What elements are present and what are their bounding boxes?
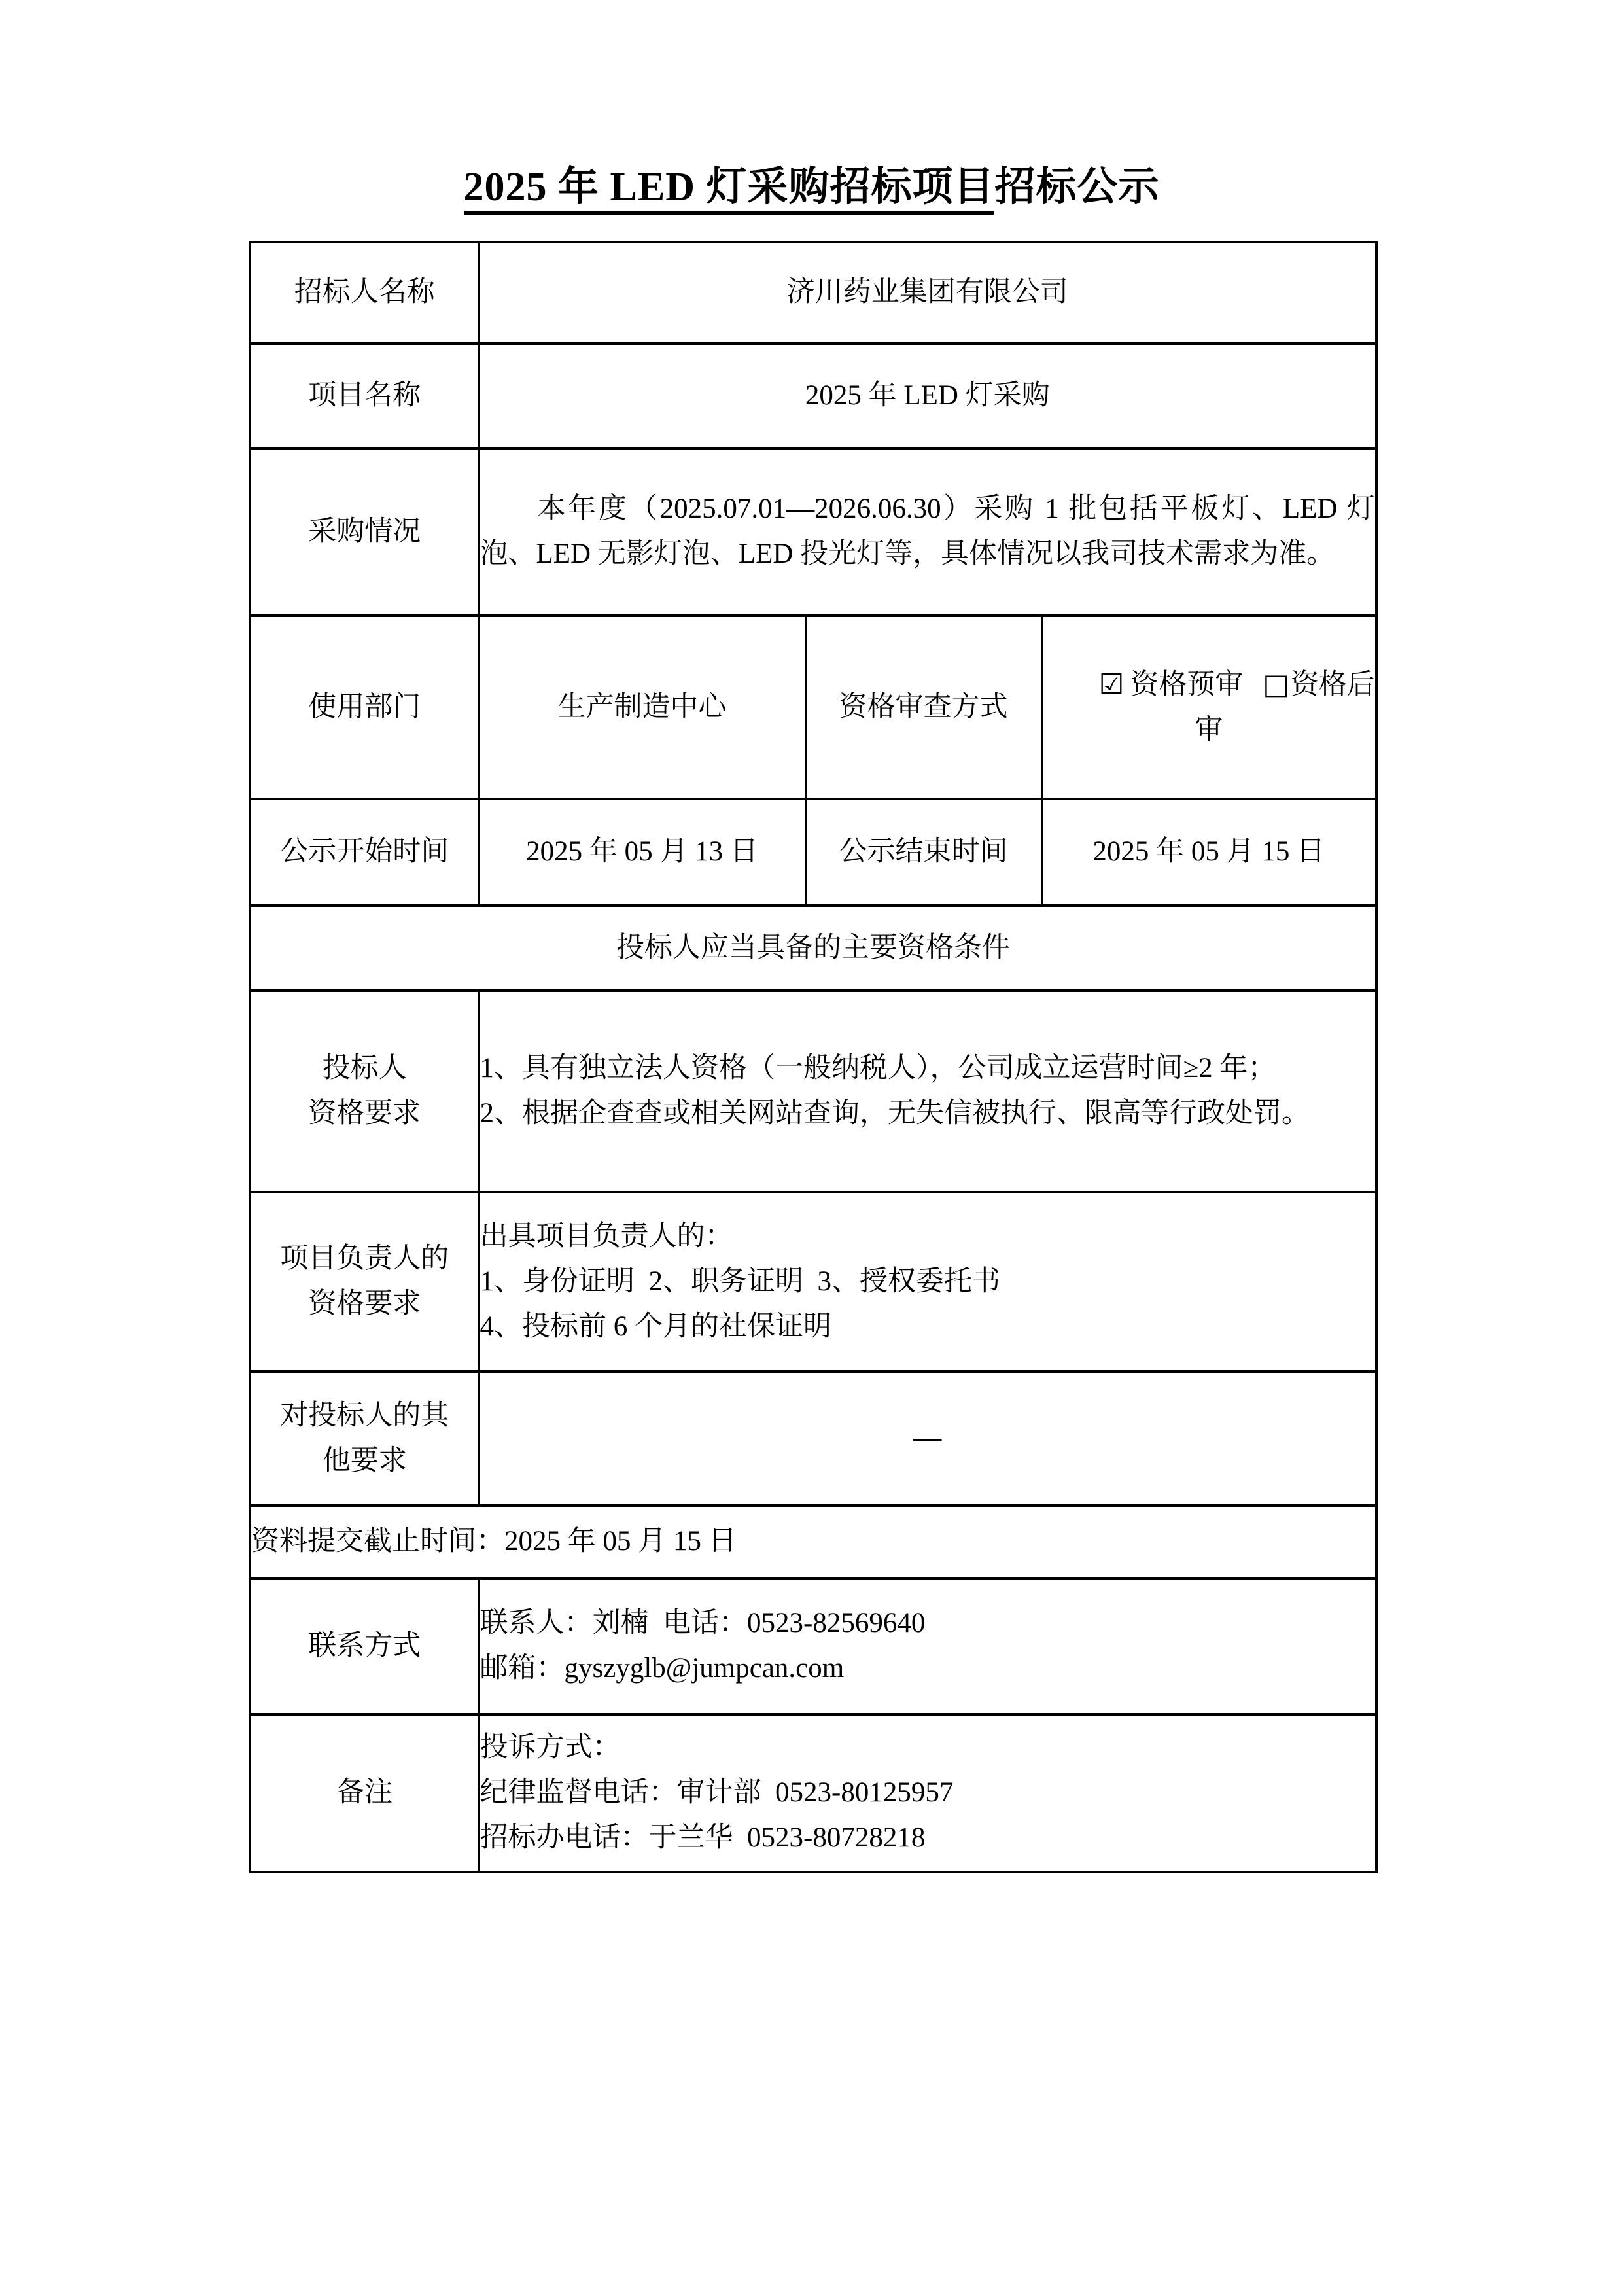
review-method-value-cell: ☑资格预审□资格后审 <box>1041 616 1376 799</box>
procurement-paragraph: 本年度（2025.07.01—2026.06.30）采购 1 批包括平板灯、LE… <box>480 487 1376 577</box>
text-line: 1、具有独立法人资格（一般纳税人），公司成立运营时间≥2 年； <box>480 1046 1376 1091</box>
contact-row: 联系方式 联系人：刘楠 电话：0523-82569640 邮箱：gyszyglb… <box>250 1578 1376 1714</box>
qualification-header-cell: 投标人应当具备的主要资格条件 <box>250 906 1376 991</box>
text-line: 1、身份证明 2、职务证明 3、授权委托书 <box>480 1260 1376 1305</box>
manager-qualification-label-cell: 项目负责人的 资格要求 <box>250 1192 479 1371</box>
review-option-pre-label: 资格预审 <box>1130 669 1243 700</box>
contact-value-cell: 联系人：刘楠 电话：0523-82569640 邮箱：gyszyglb@jump… <box>479 1578 1376 1714</box>
publicity-start-value-cell: 2025 年 05 月 13 日 <box>479 799 805 906</box>
contact-label-cell: 联系方式 <box>250 1578 479 1714</box>
unchecked-checkbox-icon: □ <box>1263 668 1289 701</box>
text-line: 纪律监督电话：审计部 0523-80125957 <box>480 1771 1376 1816</box>
project-name-label-cell: 项目名称 <box>250 344 479 448</box>
text-line: 联系人：刘楠 电话：0523-82569640 <box>480 1601 1376 1646</box>
text-line: 出具项目负责人的： <box>480 1214 1376 1260</box>
other-requirements-label-cell: 对投标人的其 他要求 <box>250 1371 479 1506</box>
text-line: 招标办电话：于兰华 0523-80728218 <box>480 1816 1376 1861</box>
publicity-end-label-cell: 公示结束时间 <box>805 799 1041 906</box>
bidder-name-row: 招标人名称 济川药业集团有限公司 <box>250 242 1376 344</box>
procurement-row: 采购情况 本年度（2025.07.01—2026.06.30）采购 1 批包括平… <box>250 448 1376 616</box>
remarks-value-cell: 投诉方式： 纪律监督电话：审计部 0523-80125957 招标办电话：于兰华… <box>479 1714 1376 1872</box>
department-review-row: 使用部门 生产制造中心 资格审查方式 ☑资格预审□资格后审 <box>250 616 1376 799</box>
project-name-value-cell: 2025 年 LED 灯采购 <box>479 344 1376 448</box>
other-requirements-value-cell: — <box>479 1371 1376 1506</box>
publicity-end-value-cell: 2025 年 05 月 15 日 <box>1041 799 1376 906</box>
document-table: 招标人名称 济川药业集团有限公司 项目名称 2025 年 LED 灯采购 采购情… <box>249 241 1378 1873</box>
bidder-qualification-row: 投标人 资格要求 1、具有独立法人资格（一般纳税人），公司成立运营时间≥2 年；… <box>250 991 1376 1192</box>
deadline-row: 资料提交截止时间：2025 年 05 月 15 日 <box>250 1506 1376 1578</box>
other-requirements-row: 对投标人的其 他要求 — <box>250 1371 1376 1506</box>
bidder-qualification-value-cell: 1、具有独立法人资格（一般纳税人），公司成立运营时间≥2 年； 2、根据企查查或… <box>479 991 1376 1192</box>
procurement-label-cell: 采购情况 <box>250 448 479 616</box>
procurement-value-cell: 本年度（2025.07.01—2026.06.30）采购 1 批包括平板灯、LE… <box>479 448 1376 616</box>
review-method-label-cell: 资格审查方式 <box>805 616 1041 799</box>
bidder-name-label-cell: 招标人名称 <box>250 242 479 344</box>
department-label-cell: 使用部门 <box>250 616 479 799</box>
publicity-time-row: 公示开始时间 2025 年 05 月 13 日 公示结束时间 2025 年 05… <box>250 799 1376 906</box>
remarks-row: 备注 投诉方式： 纪律监督电话：审计部 0523-80125957 招标办电话：… <box>250 1714 1376 1872</box>
title-underlined-text: 2025 年 LED 灯采购招标项目 <box>464 165 995 215</box>
manager-qualification-row: 项目负责人的 资格要求 出具项目负责人的： 1、身份证明 2、职务证明 3、授权… <box>250 1192 1376 1371</box>
text-line: 4、投标前 6 个月的社保证明 <box>480 1305 1376 1350</box>
text-line: 邮箱：gyszyglb@jumpcan.com <box>480 1646 1376 1691</box>
page-title: 2025 年 LED 灯采购招标项目招标公示 <box>0 162 1623 213</box>
checked-checkbox-icon: ☑ <box>1099 668 1125 701</box>
department-value-cell: 生产制造中心 <box>479 616 805 799</box>
bidder-qualification-label-cell: 投标人 资格要求 <box>250 991 479 1192</box>
deadline-cell: 资料提交截止时间：2025 年 05 月 15 日 <box>250 1506 1376 1578</box>
review-option-pre: ☑资格预审 <box>1099 669 1244 700</box>
page: 2025 年 LED 灯采购招标项目招标公示 招标人名称 济川药业集团有限公司 … <box>0 0 1623 2296</box>
bidder-name-value-cell: 济川药业集团有限公司 <box>479 242 1376 344</box>
title-rest-text: 招标公示 <box>994 165 1159 209</box>
manager-qualification-value-cell: 出具项目负责人的： 1、身份证明 2、职务证明 3、授权委托书 4、投标前 6 … <box>479 1192 1376 1371</box>
remarks-label-cell: 备注 <box>250 1714 479 1872</box>
publicity-start-label-cell: 公示开始时间 <box>250 799 479 906</box>
project-name-row: 项目名称 2025 年 LED 灯采购 <box>250 344 1376 448</box>
text-line: 2、根据企查查或相关网站查询，无失信被执行、限高等行政处罚。 <box>480 1091 1376 1137</box>
qualification-header-row: 投标人应当具备的主要资格条件 <box>250 906 1376 991</box>
text-line: 投诉方式： <box>480 1725 1376 1771</box>
